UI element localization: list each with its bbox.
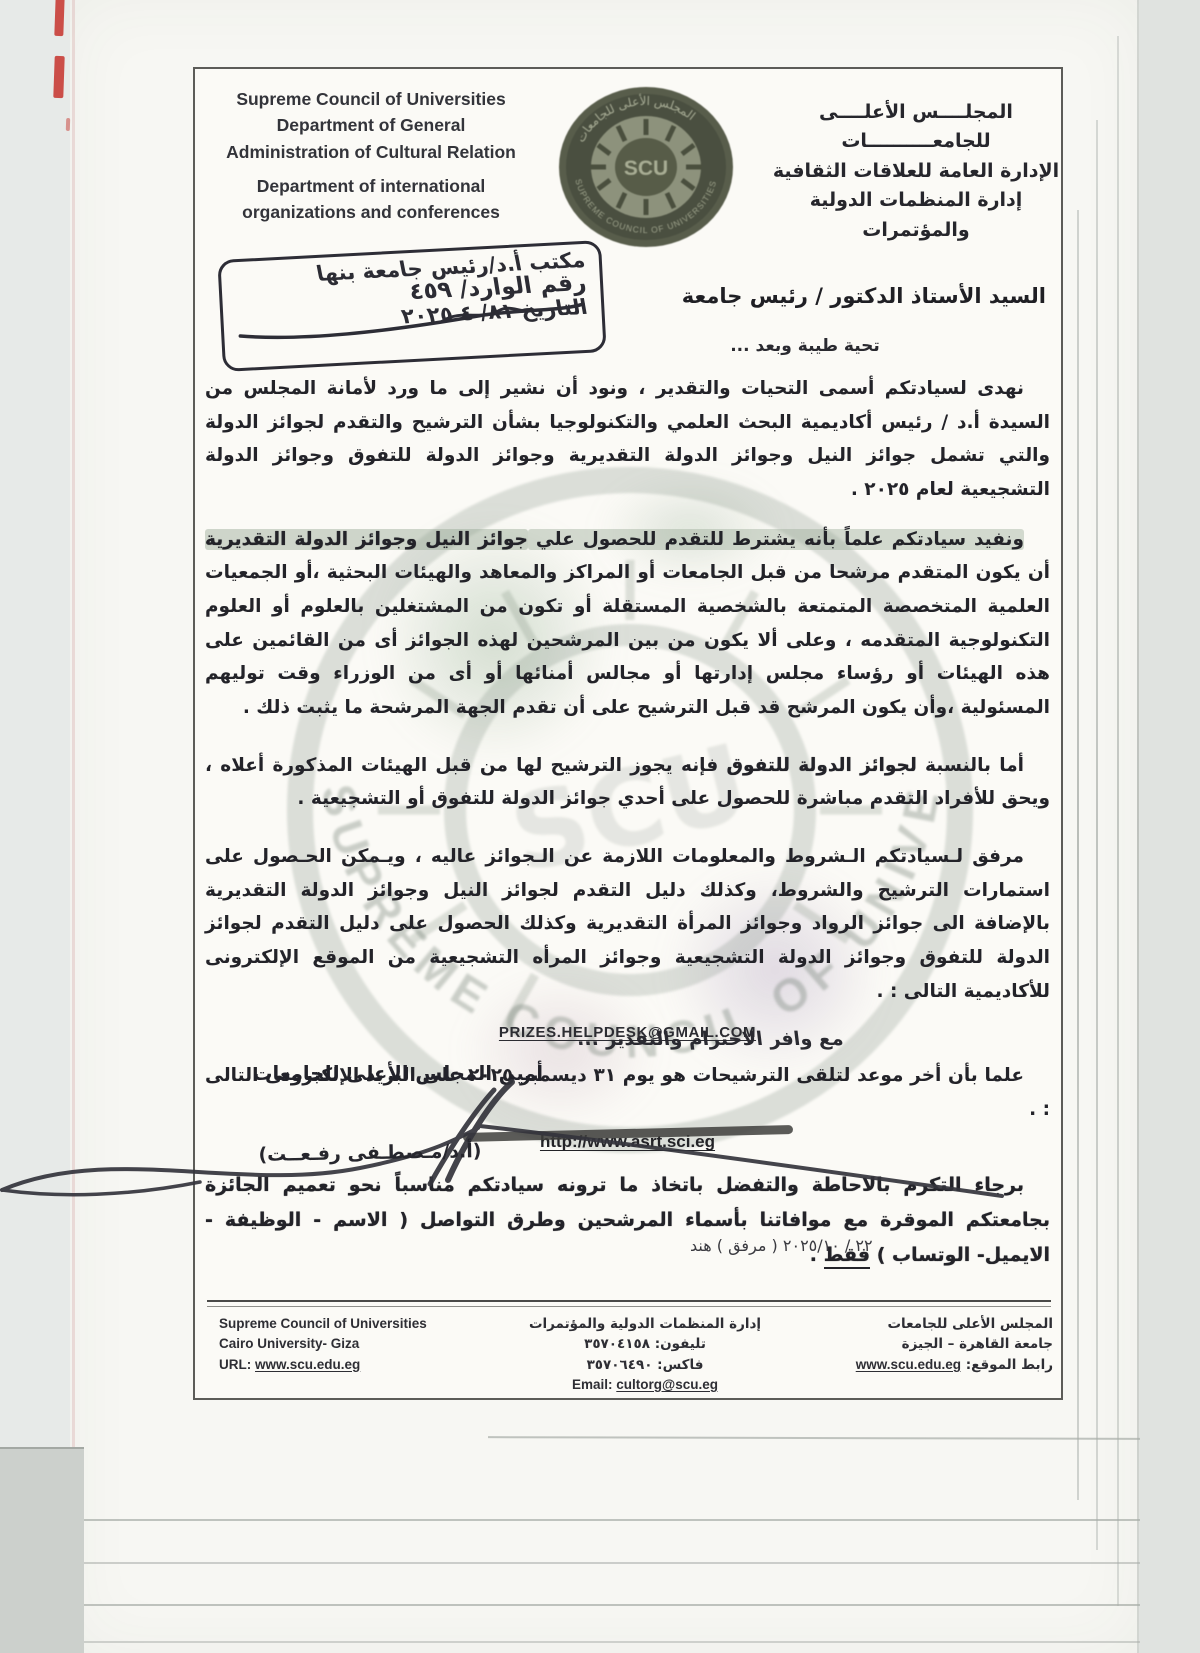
footer-dept-ar: إدارة المنظمات الدولية والمؤتمرات <box>495 1314 795 1334</box>
footer-org-en: Supreme Council of Universities <box>219 1314 495 1334</box>
regards-line: مع وافر الاحترام والتقدير ... <box>559 1028 862 1050</box>
scan-artifact-right-shade <box>1139 0 1200 1653</box>
footer-divider <box>207 1300 1051 1307</box>
footer-email: cultorg@scu.eg <box>616 1377 718 1392</box>
footer-site-line: رابط الموقع: www.scu.edu.eg <box>803 1355 1053 1375</box>
paragraph-2-highlighted-lead: ونفيد سيادتكم علماً بأنه يشترط للتقدم لل… <box>528 529 1024 550</box>
salutation-line: تحية طيبة وبعد ... <box>660 336 950 356</box>
scan-artifact-red-mark <box>66 118 70 131</box>
paragraph-3-lead: أما بالنسبة <box>917 755 1024 776</box>
header-ar-line: الإدارة العامة للعلاقات الثقافية <box>772 157 1060 186</box>
footer-scu-url: www.scu.edu.eg <box>255 1357 360 1372</box>
header-ar-line: المجلــــس الأعلــــى <box>772 98 1060 127</box>
scan-artifact-page-edge <box>1117 36 1119 1606</box>
footer-right-column: المجلس الأعلى للجامعات جامعة القاهرة – ا… <box>795 1314 1053 1395</box>
header-en-line: Department of international <box>213 173 529 199</box>
footer-url-label: URL: <box>219 1357 251 1372</box>
seal-scu-text: SCU <box>624 157 668 180</box>
footer-left-column: Supreme Council of Universities Cairo Un… <box>205 1314 495 1395</box>
header-ar-line: للجامعــــــــــات <box>772 127 1060 156</box>
footer-council-ar: المجلس الأعلى للجامعات <box>803 1314 1053 1334</box>
footer-email-line: Email: cultorg@scu.eg <box>495 1375 795 1395</box>
footer-site-url: www.scu.edu.eg <box>856 1357 961 1372</box>
footer-phone: تليفون: ٣٥٧٠٤١٥٨ <box>495 1334 795 1354</box>
header-en-line: Department of General <box>213 112 529 138</box>
addressee-line: السيد الأستاذ الدكتور / رئيس جامعة <box>600 284 1046 308</box>
scan-artifact-corner-shade <box>0 1447 84 1653</box>
header-arabic-block: المجلــــس الأعلــــى للجامعــــــــــات… <box>772 98 1060 245</box>
prize-names-highlight: جوائز النيل وجوائز الدولة التقديرية <box>205 529 528 550</box>
excellence-prize-bold: لجوائز الدولة للتفوق <box>726 755 916 776</box>
scan-artifact-red-mark <box>54 0 64 36</box>
header-en-line: organizations and conferences <box>213 199 529 225</box>
scu-seal-logo: SCU المجلس الأعلى للجامعات SUPREME COUNC… <box>556 85 736 249</box>
scan-artifact-page-edge <box>84 1519 1140 1521</box>
paragraph-3: أما بالنسبة لجوائز الدولة للتفوق فإنه يج… <box>205 749 1050 816</box>
footer-middle-column: إدارة المنظمات الدولية والمؤتمرات تليفون… <box>495 1314 795 1395</box>
paragraph-1: نهدى لسيادتكم أسمى التحيات والتقدير ، ون… <box>205 372 1050 507</box>
footer-site-label: رابط الموقع: <box>966 1357 1053 1373</box>
footer-email-label: Email: <box>572 1377 613 1392</box>
paragraph-1-text: نهدى لسيادتكم أسمى التحيات والتقدير ، ون… <box>205 378 1050 500</box>
scanned-letter-page: { "header": { "en": [ "Supreme Council o… <box>0 0 1200 1653</box>
scan-artifact-page-edge <box>1096 120 1098 1550</box>
scan-artifact-page-edge <box>1077 210 1079 1500</box>
date-and-attachment-note: ٢٢ / ٢٠٢٥/١٠ ( مرفق ) هند <box>690 1236 1060 1255</box>
incoming-stamp: مكتب أ.د/رئيس جامعة بنها رقم الوارد/ ٤٥٩… <box>217 240 606 372</box>
header-en-line: Supreme Council of Universities <box>213 86 529 112</box>
footer-url-line: URL: www.scu.edu.eg <box>219 1355 495 1375</box>
signature-scribble <box>0 1078 1040 1218</box>
footer-location-ar: جامعة القاهرة – الجيزة <box>803 1334 1053 1354</box>
paragraph-2-text: أن يكون المتقدم مرشحا من قبل الجامعات أو… <box>205 562 1050 718</box>
paragraph-4: مرفق لـسيادتكم الـشروط والمعلومات اللازم… <box>205 840 1050 1008</box>
header-ar-line: إدارة المنظمات الدولية والمؤتمرات <box>772 186 1060 245</box>
scan-artifact-pink-edge <box>72 0 75 1653</box>
scan-artifact-page-edge <box>40 1641 1140 1643</box>
paragraph-4-text: مرفق لـسيادتكم الـشروط والمعلومات اللازم… <box>205 846 1050 1002</box>
scan-artifact-red-mark <box>53 56 64 98</box>
signer-name: (أ.د/مـصطـفى رفـعــت) <box>255 1140 485 1166</box>
footer: Supreme Council of Universities Cairo Un… <box>205 1314 1053 1395</box>
scan-artifact-page-edge <box>60 1604 1140 1606</box>
header-en-line: Administration of Cultural Relation <box>213 139 529 165</box>
footer-fax: فاكس: ٣٥٧٠٦٤٩٠ <box>495 1355 795 1375</box>
paragraph-2: ونفيد سيادتكم علماً بأنه يشترط للتقدم لل… <box>205 523 1050 725</box>
footer-address-en: Cairo University- Giza <box>219 1334 495 1354</box>
header-english-block: Supreme Council of Universities Departme… <box>213 86 529 225</box>
scan-artifact-page-edge <box>84 1562 1140 1564</box>
